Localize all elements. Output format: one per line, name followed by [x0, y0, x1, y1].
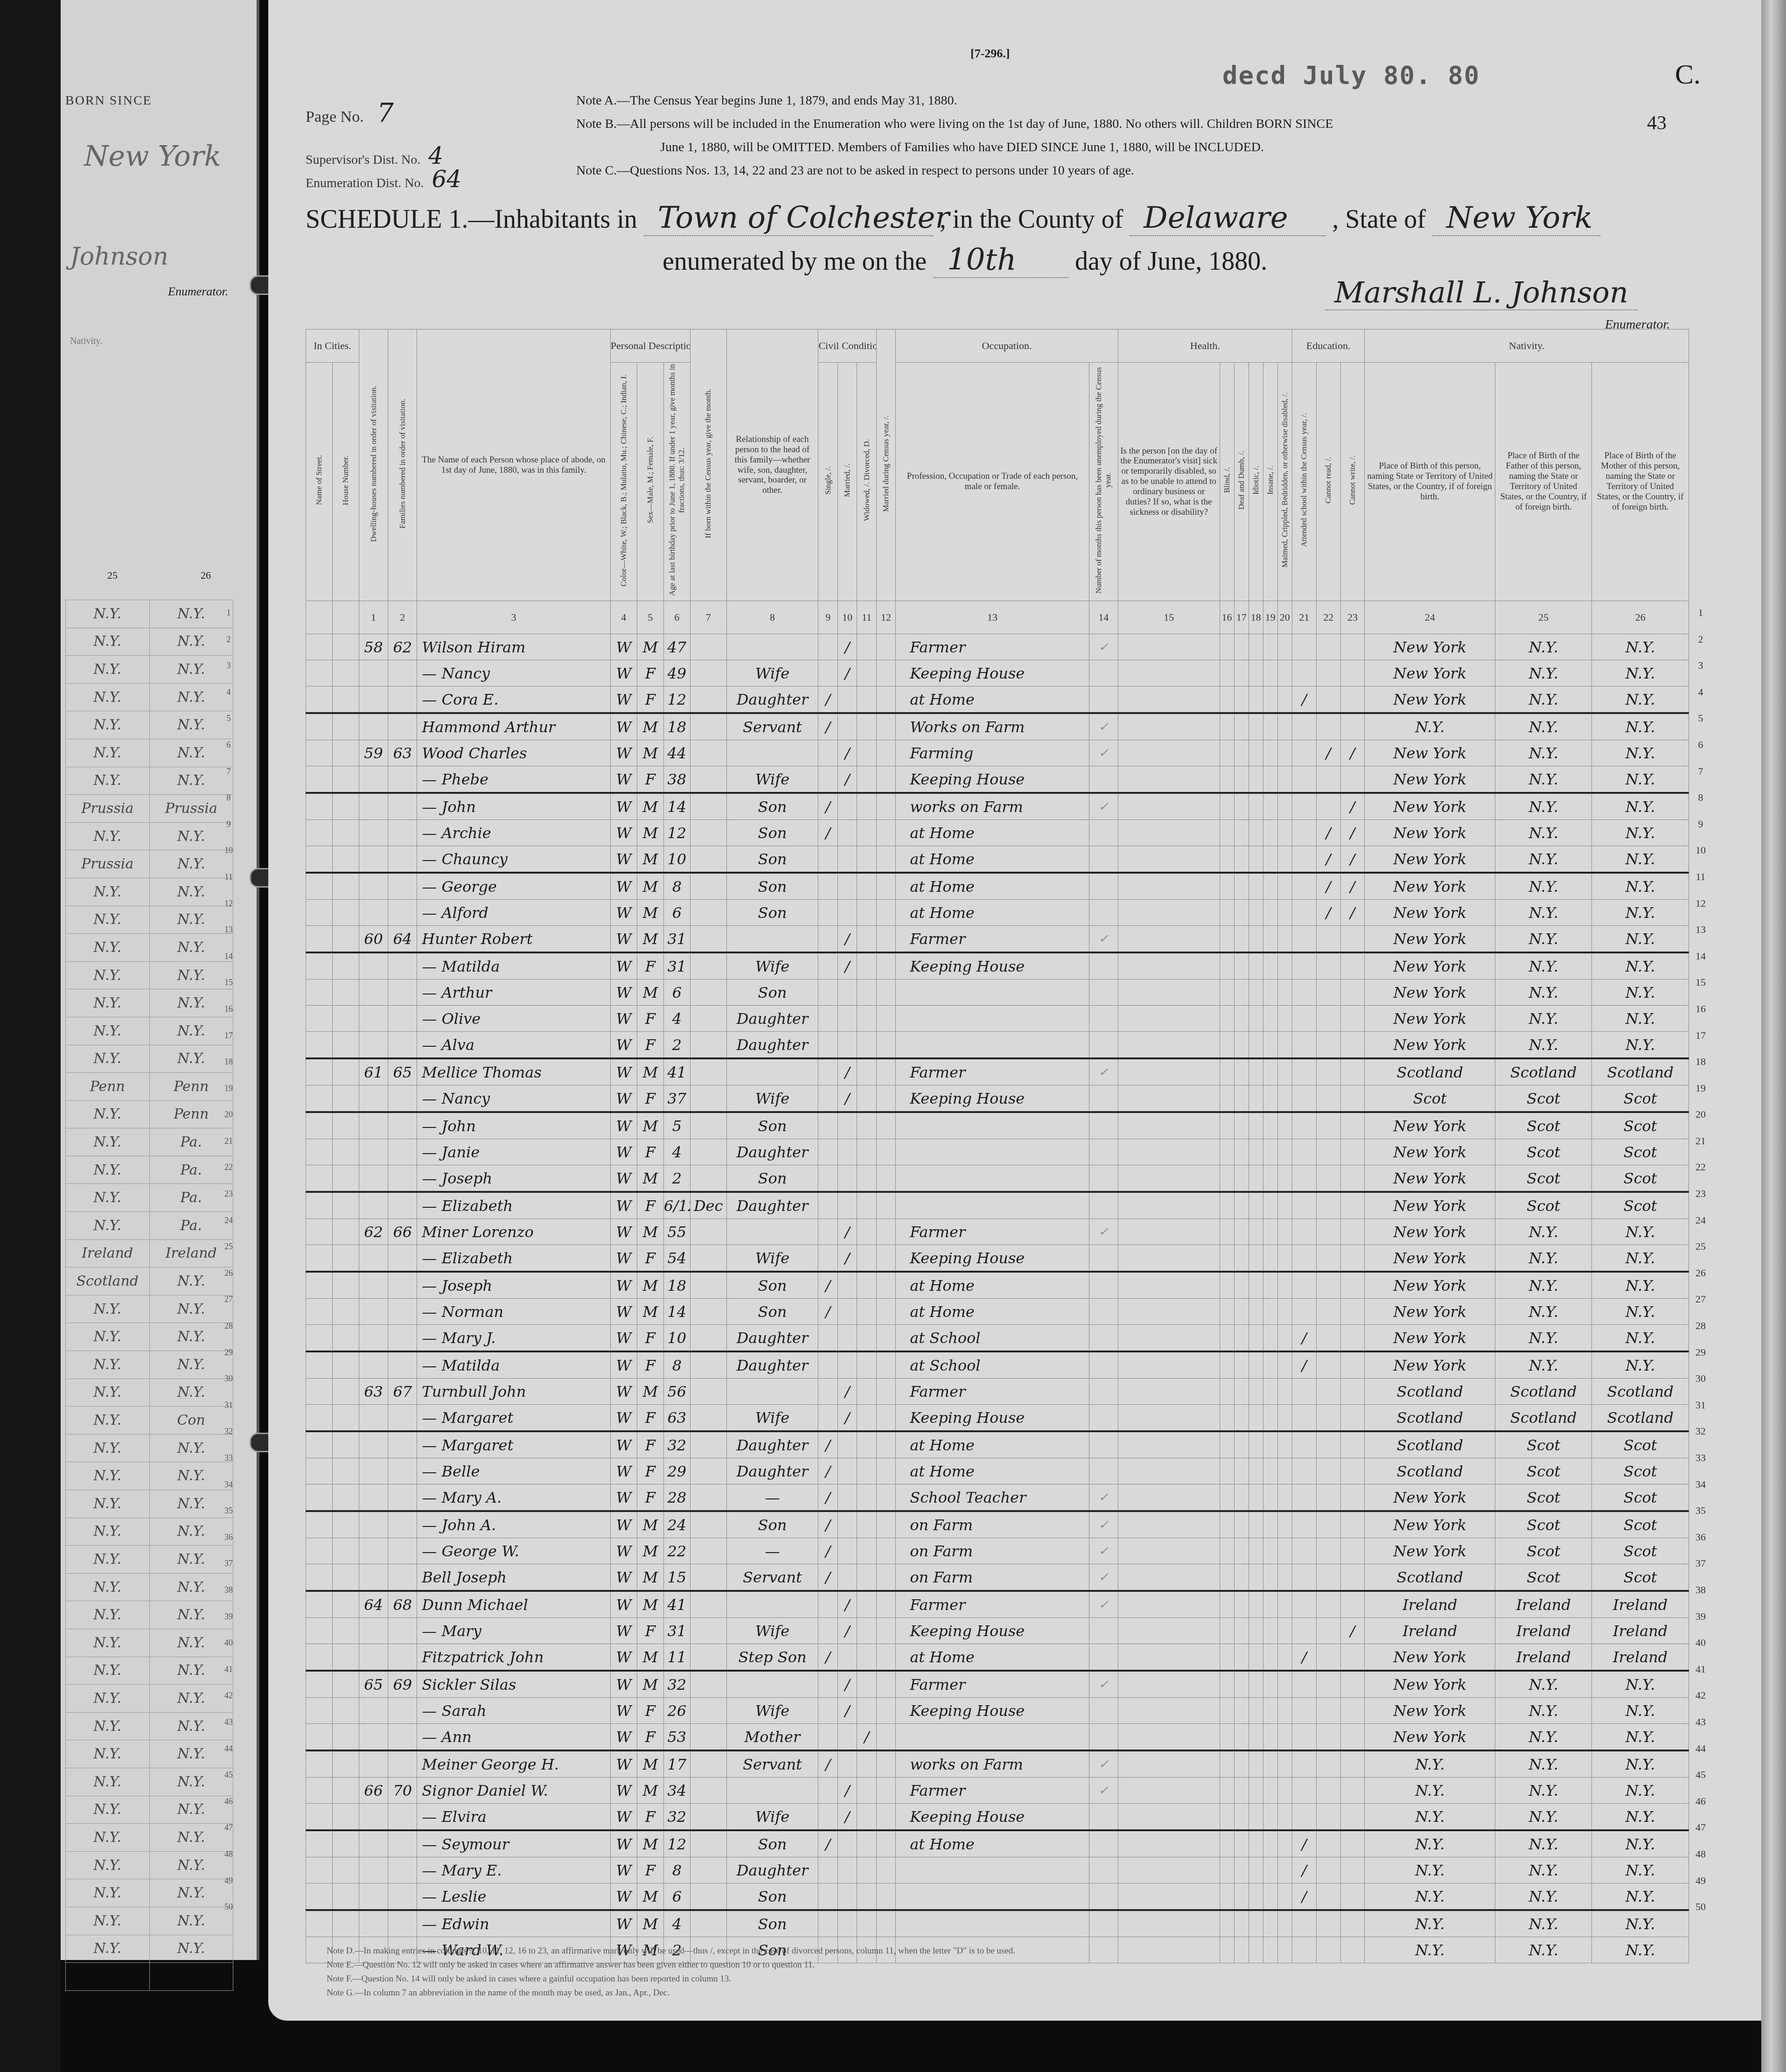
- person-name-cell: — Alford: [417, 900, 611, 926]
- birthplace-cell: New York: [1365, 740, 1495, 766]
- prev-col26-label: 26: [201, 569, 211, 581]
- idiotic-cell: [1249, 873, 1263, 900]
- cannot-read-cell: [1316, 1272, 1340, 1299]
- single-cell: [818, 1778, 837, 1804]
- sickness-cell: [1118, 1299, 1220, 1325]
- person-name-cell: — Nancy: [417, 660, 611, 686]
- prev-mother-birthplace-cell: N.Y.: [149, 878, 233, 906]
- relationship-cell: Wife: [726, 1245, 818, 1272]
- attended-school-cell: /: [1292, 1644, 1316, 1671]
- census-row: — ElizabethWF54Wife/Keeping HouseNew Yor…: [306, 1245, 1689, 1272]
- census-row: — ChauncyWM10Sonat Home//New YorkN.Y.N.Y…: [306, 846, 1689, 873]
- prev-father-birthplace-cell: N.Y.: [66, 1685, 150, 1713]
- sickness-cell: [1118, 1085, 1220, 1113]
- insane-cell: [1263, 846, 1277, 873]
- prev-line-number: 46: [222, 1788, 236, 1815]
- deaf-dumb-cell: [1234, 686, 1249, 714]
- sex-cell: M: [637, 1671, 663, 1698]
- prev-mother-birthplace-cell: Penn: [149, 1100, 233, 1128]
- house-number-cell: [332, 1165, 359, 1192]
- married-in-year-cell: [876, 1804, 895, 1831]
- cannot-write-cell: [1340, 926, 1365, 953]
- prev-father-birthplace-cell: N.Y.: [66, 1295, 150, 1323]
- sex-cell: F: [637, 1431, 663, 1458]
- mother-birthplace-cell: Scot: [1592, 1458, 1689, 1484]
- line-number: 18: [1691, 1049, 1710, 1075]
- header-col-6: Age at last birthday prior to June 1, 18…: [663, 363, 690, 601]
- header-col-14: Number of months this person has been un…: [1089, 363, 1118, 601]
- occupation-cell: [896, 1006, 1089, 1032]
- birth-month-cell: [690, 1484, 726, 1512]
- widowed-cell: [857, 1379, 876, 1405]
- deaf-dumb-cell: [1234, 1804, 1249, 1831]
- census-row: — NancyWF49Wife/Keeping HouseNew YorkN.Y…: [306, 660, 1689, 686]
- prev-line-number: 24: [222, 1207, 236, 1234]
- married-in-year-cell: [876, 1644, 895, 1671]
- dwelling-number-cell: [359, 1139, 388, 1165]
- prev-mother-birthplace-cell: N.Y.: [149, 1935, 233, 1963]
- street-cell: [306, 820, 333, 846]
- house-number-cell: [332, 1272, 359, 1299]
- idiotic-cell: [1249, 820, 1263, 846]
- occupation-cell: Keeping House: [896, 1245, 1089, 1272]
- deaf-dumb-cell: [1234, 1750, 1249, 1778]
- column-number: 16: [1220, 601, 1234, 634]
- idiotic-cell: [1249, 1032, 1263, 1059]
- person-name-cell: — Mary J.: [417, 1325, 611, 1352]
- person-name-cell: — Matilda: [417, 952, 611, 980]
- months-unemployed-cell: ✓: [1089, 1778, 1118, 1804]
- street-cell: [306, 1112, 333, 1139]
- idiotic-cell: [1249, 1671, 1263, 1698]
- married-cell: [837, 1032, 857, 1059]
- census-row: 6670Signor Daniel W.WM34/Farmer✓N.Y.N.Y.…: [306, 1778, 1689, 1804]
- sickness-cell: [1118, 1484, 1220, 1512]
- sex-cell: M: [637, 634, 663, 660]
- prev-page-row: N.Y.Pa.: [66, 1212, 233, 1240]
- occupation-cell: at Home: [896, 1644, 1089, 1671]
- cannot-read-cell: [1316, 1591, 1340, 1618]
- deaf-dumb-cell: [1234, 1564, 1249, 1591]
- blind-cell: [1220, 634, 1234, 660]
- idiotic-cell: [1249, 1085, 1263, 1113]
- mother-birthplace-cell: Scot: [1592, 1431, 1689, 1458]
- idiotic-cell: [1249, 713, 1263, 740]
- color-cell: W: [610, 1165, 637, 1192]
- census-row: Meiner George H.WM17Servant/works on Far…: [306, 1750, 1689, 1778]
- married-cell: /: [837, 1591, 857, 1618]
- dwelling-number-cell: [359, 1351, 388, 1379]
- cannot-read-cell: [1316, 1671, 1340, 1698]
- prev-mother-birthplace-cell: N.Y.: [149, 906, 233, 934]
- insane-cell: [1263, 1910, 1277, 1937]
- line-number: 7: [1691, 758, 1710, 785]
- prev-state-fragment: New York: [84, 140, 221, 173]
- street-cell: [306, 1804, 333, 1831]
- mother-birthplace-cell: N.Y.: [1592, 873, 1689, 900]
- occupation-cell: on Farm: [896, 1538, 1089, 1564]
- widowed-cell: [857, 1058, 876, 1085]
- widowed-cell: [857, 1085, 876, 1113]
- deaf-dumb-cell: [1234, 1724, 1249, 1751]
- column-number: 11: [857, 601, 876, 634]
- prev-mother-birthplace-cell: N.Y.: [149, 961, 233, 989]
- prev-father-birthplace-cell: N.Y.: [66, 1712, 150, 1740]
- census-row: 6165Mellice ThomasWM41/Farmer✓ScotlandSc…: [306, 1058, 1689, 1085]
- prev-enumerator-label: Enumerator.: [168, 285, 228, 299]
- person-name-cell: Turnbull John: [417, 1379, 611, 1405]
- relationship-cell: Servant: [726, 1750, 818, 1778]
- column-number: 5: [637, 601, 663, 634]
- street-cell: [306, 1272, 333, 1299]
- census-row: — MatildaWF31Wife/Keeping HouseNew YorkN…: [306, 952, 1689, 980]
- married-cell: /: [837, 740, 857, 766]
- birthplace-cell: Scotland: [1365, 1405, 1495, 1432]
- color-cell: W: [610, 1857, 637, 1883]
- birth-month-cell: [690, 740, 726, 766]
- person-name-cell: — Ann: [417, 1724, 611, 1751]
- birthplace-cell: New York: [1365, 820, 1495, 846]
- blind-cell: [1220, 1883, 1234, 1911]
- line-number: 27: [1691, 1286, 1710, 1313]
- prev-father-birthplace-cell: Ireland: [66, 1239, 150, 1267]
- disabled-cell: [1277, 1165, 1292, 1192]
- prev-mother-birthplace-cell: N.Y.: [149, 822, 233, 850]
- insane-cell: [1263, 820, 1277, 846]
- months-unemployed-cell: ✓: [1089, 1058, 1118, 1085]
- married-in-year-cell: [876, 980, 895, 1006]
- occupation-cell: [896, 1724, 1089, 1751]
- color-cell: W: [610, 686, 637, 714]
- cannot-write-cell: [1340, 980, 1365, 1006]
- age-cell: 4: [663, 1910, 690, 1937]
- father-birthplace-cell: Scot: [1495, 1139, 1592, 1165]
- relationship-cell: Son: [726, 846, 818, 873]
- deaf-dumb-cell: [1234, 766, 1249, 793]
- deaf-dumb-cell: [1234, 1058, 1249, 1085]
- father-birthplace-cell: N.Y.: [1495, 713, 1592, 740]
- prev-line-number: 50: [222, 1894, 236, 1920]
- single-cell: /: [818, 1431, 837, 1458]
- prev-col25-label: 25: [107, 569, 118, 581]
- occupation-cell: Keeping House: [896, 766, 1089, 793]
- birth-month-cell: [690, 1671, 726, 1698]
- prev-father-birthplace-cell: Scotland: [66, 1267, 150, 1295]
- blind-cell: [1220, 1937, 1234, 1963]
- idiotic-cell: [1249, 660, 1263, 686]
- line-number: 45: [1691, 1762, 1710, 1788]
- mother-birthplace-cell: N.Y.: [1592, 1006, 1689, 1032]
- single-cell: /: [818, 1538, 837, 1564]
- person-name-cell: — Archie: [417, 820, 611, 846]
- blind-cell: [1220, 1698, 1234, 1724]
- father-birthplace-cell: N.Y.: [1495, 1910, 1592, 1937]
- father-birthplace-cell: N.Y.: [1495, 980, 1592, 1006]
- insane-cell: [1263, 1591, 1277, 1618]
- sex-cell: M: [637, 1538, 663, 1564]
- months-unemployed-cell: [1089, 686, 1118, 714]
- idiotic-cell: [1249, 1192, 1263, 1219]
- person-name-cell: Hammond Arthur: [417, 713, 611, 740]
- disabled-cell: [1277, 1405, 1292, 1432]
- sickness-cell: [1118, 793, 1220, 820]
- insane-cell: [1263, 1698, 1277, 1724]
- widowed-cell: [857, 1219, 876, 1245]
- insane-cell: [1263, 1564, 1277, 1591]
- column-number: 15: [1118, 601, 1220, 634]
- sickness-cell: [1118, 873, 1220, 900]
- note-f: Note F.—Question No. 14 will only be ask…: [327, 1974, 1015, 1984]
- idiotic-cell: [1249, 766, 1263, 793]
- disabled-cell: [1277, 980, 1292, 1006]
- dwelling-number-cell: [359, 1112, 388, 1139]
- relationship-cell: [726, 740, 818, 766]
- sex-cell: M: [637, 1058, 663, 1085]
- person-name-cell: Dunn Michael: [417, 1591, 611, 1618]
- cannot-read-cell: [1316, 1618, 1340, 1644]
- cannot-write-cell: [1340, 1405, 1365, 1432]
- dwelling-number-cell: [359, 1405, 388, 1432]
- deaf-dumb-cell: [1234, 1165, 1249, 1192]
- attended-school-cell: [1292, 1458, 1316, 1484]
- relationship-cell: —: [726, 1538, 818, 1564]
- idiotic-cell: [1249, 900, 1263, 926]
- color-cell: W: [610, 873, 637, 900]
- age-cell: 18: [663, 713, 690, 740]
- line-number: 47: [1691, 1814, 1710, 1841]
- prev-father-birthplace-cell: N.Y.: [66, 1434, 150, 1462]
- age-cell: 6/12: [663, 1192, 690, 1219]
- cannot-write-cell: [1340, 634, 1365, 660]
- header-col-7: If born within the Census year, give the…: [690, 329, 726, 601]
- months-unemployed-cell: [1089, 1192, 1118, 1219]
- enumerated-prefix: enumerated by me on the: [663, 247, 927, 276]
- cannot-write-cell: [1340, 1778, 1365, 1804]
- relationship-cell: [726, 1671, 818, 1698]
- insane-cell: [1263, 1165, 1277, 1192]
- color-cell: W: [610, 1058, 637, 1085]
- prev-father-birthplace-cell: N.Y.: [66, 1824, 150, 1852]
- deaf-dumb-cell: [1234, 926, 1249, 953]
- birth-month-cell: [690, 952, 726, 980]
- line-number: 40: [1691, 1630, 1710, 1656]
- birthplace-cell: Scotland: [1365, 1458, 1495, 1484]
- single-cell: [818, 766, 837, 793]
- birth-month-cell: [690, 1698, 726, 1724]
- prev-mother-birthplace-cell: N.Y.: [149, 1685, 233, 1713]
- family-number-cell: [388, 1458, 417, 1484]
- house-number-cell: [332, 1219, 359, 1245]
- prev-page-row: N.Y.N.Y.: [66, 1824, 233, 1852]
- mother-birthplace-cell: Scot: [1592, 1139, 1689, 1165]
- dwelling-number-cell: [359, 820, 388, 846]
- age-cell: 15: [663, 1564, 690, 1591]
- relationship-cell: Daughter: [726, 1139, 818, 1165]
- father-birthplace-cell: Scotland: [1495, 1405, 1592, 1432]
- months-unemployed-cell: [1089, 1351, 1118, 1379]
- line-number: 17: [1691, 1022, 1710, 1049]
- color-cell: W: [610, 1778, 637, 1804]
- prev-line-number: 30: [222, 1365, 236, 1392]
- months-unemployed-cell: [1089, 1883, 1118, 1911]
- family-number-cell: [388, 1750, 417, 1778]
- header-col-10: Married, /.: [837, 363, 857, 601]
- person-name-cell: — Joseph: [417, 1165, 611, 1192]
- birthplace-cell: N.Y.: [1365, 1857, 1495, 1883]
- header-col-12: Married during Census year, /.: [876, 329, 895, 601]
- deaf-dumb-cell: [1234, 980, 1249, 1006]
- father-birthplace-cell: Scot: [1495, 1085, 1592, 1113]
- dwelling-number-cell: [359, 1857, 388, 1883]
- single-cell: /: [818, 1299, 837, 1325]
- attended-school-cell: [1292, 1698, 1316, 1724]
- house-number-cell: [332, 1538, 359, 1564]
- header-col-8: Relationship of each person to the head …: [726, 329, 818, 601]
- census-row: — MargaretWF63Wife/Keeping HouseScotland…: [306, 1405, 1689, 1432]
- person-name-cell: Meiner George H.: [417, 1750, 611, 1778]
- family-number-cell: 64: [388, 926, 417, 953]
- insane-cell: [1263, 1325, 1277, 1352]
- person-name-cell: — John: [417, 793, 611, 820]
- birth-month-cell: Dec: [690, 1192, 726, 1219]
- group-civil-condition: Civil Condition.: [818, 329, 876, 363]
- disabled-cell: [1277, 1139, 1292, 1165]
- sickness-cell: [1118, 1698, 1220, 1724]
- birth-month-cell: [690, 1591, 726, 1618]
- prev-father-birthplace-cell: N.Y.: [66, 1851, 150, 1879]
- occupation-cell: at Home: [896, 686, 1089, 714]
- cannot-write-cell: [1340, 1139, 1365, 1165]
- prev-father-birthplace-cell: N.Y.: [66, 934, 150, 962]
- previous-page-row-numbers: 1234567891011121314151617181920212223242…: [222, 600, 236, 1920]
- family-number-cell: [388, 1724, 417, 1751]
- birthplace-cell: New York: [1365, 686, 1495, 714]
- dwelling-number-cell: [359, 1192, 388, 1219]
- birth-month-cell: [690, 820, 726, 846]
- prev-father-birthplace-cell: N.Y.: [66, 1573, 150, 1601]
- family-number-cell: 70: [388, 1778, 417, 1804]
- prev-father-birthplace-cell: N.Y.: [66, 683, 150, 711]
- married-cell: [837, 793, 857, 820]
- street-cell: [306, 1405, 333, 1432]
- house-number-cell: [332, 1006, 359, 1032]
- cannot-read-cell: [1316, 1245, 1340, 1272]
- family-number-cell: [388, 1857, 417, 1883]
- single-cell: [818, 900, 837, 926]
- married-in-year-cell: [876, 952, 895, 980]
- dwelling-number-cell: [359, 1085, 388, 1113]
- age-cell: 63: [663, 1405, 690, 1432]
- attended-school-cell: /: [1292, 1830, 1316, 1857]
- line-number: 4: [1691, 679, 1710, 706]
- dwelling-number-cell: [359, 1724, 388, 1751]
- single-cell: [818, 1405, 837, 1432]
- months-unemployed-cell: [1089, 1644, 1118, 1671]
- birthplace-cell: New York: [1365, 766, 1495, 793]
- house-number-cell: [332, 1058, 359, 1085]
- single-cell: [818, 1857, 837, 1883]
- deaf-dumb-cell: [1234, 1272, 1249, 1299]
- column-number: 1: [359, 601, 388, 634]
- attended-school-cell: [1292, 900, 1316, 926]
- prev-page-row: N.Y.N.Y.: [66, 1712, 233, 1740]
- married-in-year-cell: [876, 926, 895, 953]
- color-cell: W: [610, 1085, 637, 1113]
- person-name-cell: — Edwin: [417, 1910, 611, 1937]
- birth-month-cell: [690, 1618, 726, 1644]
- insane-cell: [1263, 1778, 1277, 1804]
- family-number-cell: 67: [388, 1379, 417, 1405]
- prev-father-birthplace-cell: N.Y.: [66, 1740, 150, 1768]
- street-cell: [306, 846, 333, 873]
- age-cell: 6: [663, 900, 690, 926]
- birth-month-cell: [690, 1165, 726, 1192]
- sex-cell: M: [637, 846, 663, 873]
- sickness-cell: [1118, 1937, 1220, 1963]
- street-cell: [306, 926, 333, 953]
- cannot-write-cell: [1340, 1591, 1365, 1618]
- cannot-read-cell: [1316, 1830, 1340, 1857]
- cannot-read-cell: [1316, 1644, 1340, 1671]
- prev-page-row: N.Y.N.Y.: [66, 1573, 233, 1601]
- house-number-cell: [332, 1484, 359, 1512]
- age-cell: 14: [663, 1299, 690, 1325]
- disabled-cell: [1277, 1538, 1292, 1564]
- idiotic-cell: [1249, 1564, 1263, 1591]
- married-in-year-cell: [876, 1192, 895, 1219]
- prev-father-birthplace-cell: N.Y.: [66, 1462, 150, 1490]
- mother-birthplace-cell: N.Y.: [1592, 1830, 1689, 1857]
- deaf-dumb-cell: [1234, 1085, 1249, 1113]
- disabled-cell: [1277, 1325, 1292, 1352]
- house-number-cell: [332, 1431, 359, 1458]
- prev-page-row: N.Y.N.Y.: [66, 989, 233, 1017]
- birthplace-cell: New York: [1365, 1272, 1495, 1299]
- married-in-year-cell: [876, 1458, 895, 1484]
- idiotic-cell: [1249, 1165, 1263, 1192]
- footnotes: Note D.—In making entries in columns 9, …: [327, 1946, 1015, 2002]
- person-name-cell: Mellice Thomas: [417, 1058, 611, 1085]
- age-cell: 32: [663, 1804, 690, 1831]
- line-number: 6: [1691, 732, 1710, 758]
- insane-cell: [1263, 1272, 1277, 1299]
- months-unemployed-cell: [1089, 846, 1118, 873]
- attended-school-cell: [1292, 1379, 1316, 1405]
- birthplace-cell: Scotland: [1365, 1379, 1495, 1405]
- idiotic-cell: [1249, 1644, 1263, 1671]
- relationship-cell: Son: [726, 873, 818, 900]
- age-cell: 56: [663, 1379, 690, 1405]
- widowed-cell: [857, 1484, 876, 1512]
- idiotic-cell: [1249, 1379, 1263, 1405]
- header-col-9: Single, /.: [818, 363, 837, 601]
- mother-birthplace-cell: N.Y.: [1592, 952, 1689, 980]
- cannot-read-cell: [1316, 1564, 1340, 1591]
- color-cell: W: [610, 1618, 637, 1644]
- occupation-cell: Keeping House: [896, 952, 1089, 980]
- occupation-cell: at Home: [896, 1272, 1089, 1299]
- attended-school-cell: [1292, 1618, 1316, 1644]
- widowed-cell: [857, 1112, 876, 1139]
- age-cell: 4: [663, 1006, 690, 1032]
- widowed-cell: [857, 1245, 876, 1272]
- person-name-cell: — George: [417, 873, 611, 900]
- column-number: 24: [1365, 601, 1495, 634]
- line-number: 14: [1691, 943, 1710, 970]
- disabled-cell: [1277, 1351, 1292, 1379]
- sex-cell: F: [637, 1351, 663, 1379]
- mother-birthplace-cell: N.Y.: [1592, 900, 1689, 926]
